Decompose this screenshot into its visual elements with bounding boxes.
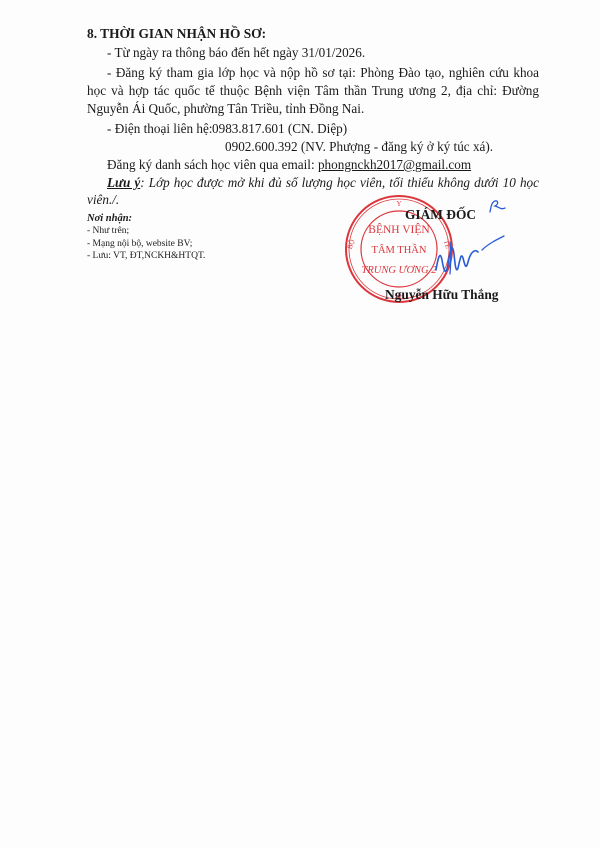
note-line-2: viên./. <box>87 192 119 208</box>
phone-label: - Điện thoại liên hệ: <box>107 121 212 136</box>
note-text: : Lớp học được mở khi đủ số lượng học vi… <box>140 175 539 190</box>
signer-title: GIÁM ĐỐC <box>405 207 476 223</box>
note-line-1: Lưu ý: Lớp học được mở khi đủ số lượng h… <box>107 175 539 191</box>
registration-line-2: học và hợp tác quốc tế thuộc Bệnh viện T… <box>87 83 539 99</box>
email-row: Đăng ký danh sách học viên qua email: ph… <box>107 157 471 173</box>
recipient-item: - Như trên; <box>87 225 205 238</box>
svg-text:TRUNG ƯƠNG 2: TRUNG ƯƠNG 2 <box>361 265 437 276</box>
contact-phone-row: - Điện thoại liên hệ: 0983.817.601 (CN. … <box>107 121 212 137</box>
submission-period: - Từ ngày ra thông báo đến hết ngày 31/0… <box>107 45 365 61</box>
recipients-title: Nơi nhận: <box>87 212 205 225</box>
svg-text:Y: Y <box>396 200 401 208</box>
email-link[interactable]: phongnckh2017@gmail.com <box>318 157 471 172</box>
section-heading: 8. THỜI GIAN NHẬN HỒ SƠ: <box>87 26 266 42</box>
recipients-block: Nơi nhận: - Như trên; - Mạng nội bộ, web… <box>87 212 205 263</box>
registration-line-1: - Đăng ký tham gia lớp học và nộp hồ sơ … <box>107 65 539 81</box>
initial-mark-icon <box>486 198 508 216</box>
note-label: Lưu ý <box>107 175 140 190</box>
email-prefix: Đăng ký danh sách học viên qua email: <box>107 157 318 172</box>
signature-icon <box>430 230 510 290</box>
phone-number-2: 0902.600.392 (NV. Phượng - đăng ký ở ký … <box>225 139 493 155</box>
svg-text:TÂM THẦN: TÂM THẦN <box>372 243 427 256</box>
svg-text:BỆNH VIỆN: BỆNH VIỆN <box>368 222 430 236</box>
document-page: 8. THỜI GIAN NHẬN HỒ SƠ: - Từ ngày ra th… <box>0 0 600 848</box>
recipient-item: - Mạng nội bộ, website BV; <box>87 238 205 251</box>
phone-number-1: 0983.817.601 (CN. Diệp) <box>212 121 347 137</box>
recipient-item: - Lưu: VT, ĐT,NCKH&HTQT. <box>87 250 205 263</box>
registration-line-3: Nguyễn Ái Quốc, phường Tân Triều, tỉnh Đ… <box>87 101 364 117</box>
